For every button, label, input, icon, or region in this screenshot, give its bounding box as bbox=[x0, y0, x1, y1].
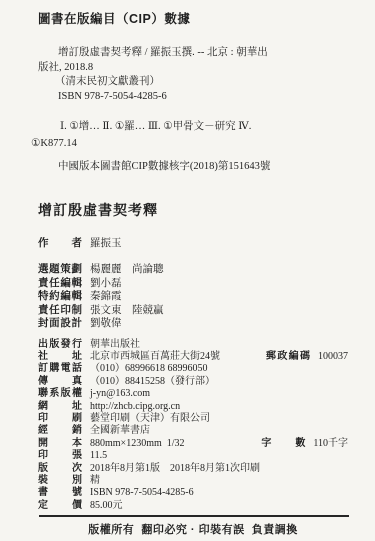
contributing-editor-label: 特約編輯 bbox=[38, 290, 82, 304]
row-address: 社址 北京市西城區百萬莊大街24號 郵政編碼 100037 bbox=[38, 351, 348, 363]
cip-isbn-line: ISBN 978-7-5054-4285-6 bbox=[38, 90, 348, 105]
postal-code-label: 郵政編碼 bbox=[266, 351, 310, 363]
cip-description-line2: 版社, 2018.8 bbox=[38, 61, 348, 76]
order-phone-value: （010）68996618 68996050 bbox=[82, 363, 208, 375]
row-print-supervisor: 責任印制 張文東 陸競贏 bbox=[38, 304, 348, 318]
author-name: 羅振玉 bbox=[82, 237, 122, 251]
order-phone-label: 訂購電話 bbox=[38, 363, 82, 375]
sheets-value: 11.5 bbox=[82, 450, 107, 462]
edition-label: 版次 bbox=[38, 463, 82, 475]
printer-value: 藝堂印刷（天津）有限公司 bbox=[82, 413, 210, 425]
cip-classification: Ⅰ. ①增… Ⅱ. ①羅… Ⅲ. ①甲骨文－研究 Ⅳ. ①K877.14 bbox=[38, 118, 348, 152]
row-website: 網址 http://zhcb.cipg.org.cn bbox=[38, 401, 348, 413]
cip-classification-line1: Ⅰ. ①增… Ⅱ. ①羅… Ⅲ. ①甲骨文－研究 Ⅳ. bbox=[38, 118, 348, 135]
credits-section: 選題策劃 楊麗麗 尚論聰 責任編輯 劉小磊 特約編輯 秦錦霞 責任印制 張文東 … bbox=[38, 263, 348, 331]
printer-label: 印刷 bbox=[38, 413, 82, 425]
print-supervisor-label: 責任印制 bbox=[38, 304, 82, 318]
row-publisher: 出版發行 朝華出版社 bbox=[38, 339, 348, 351]
address-label: 社址 bbox=[38, 351, 82, 363]
edition-value: 2018年8月第1版 2018年8月第1次印刷 bbox=[82, 463, 260, 475]
binding-label: 裝別 bbox=[38, 475, 82, 487]
book-number-label: 書號 bbox=[38, 487, 82, 499]
publishing-section: 出版發行 朝華出版社 社址 北京市西城區百萬莊大街24號 郵政編碼 100037… bbox=[38, 339, 348, 513]
divider-line bbox=[39, 515, 349, 517]
cip-classification-line2: ①K877.14 bbox=[31, 135, 348, 152]
row-rights-contact: 聯系版權 j-yn@163.com bbox=[38, 388, 348, 400]
distributor-value: 全國新華書店 bbox=[82, 425, 150, 437]
fax-label: 傳真 bbox=[38, 376, 82, 388]
sheets-label: 印張 bbox=[38, 450, 82, 462]
row-price: 定價 85.00元 bbox=[38, 500, 348, 512]
row-edition: 版次 2018年8月第1版 2018年8月第1次印刷 bbox=[38, 463, 348, 475]
contributing-editor-value: 秦錦霞 bbox=[82, 290, 122, 304]
print-supervisor-value: 張文東 陸競贏 bbox=[82, 304, 164, 318]
cip-series-note: （清末民初文獻叢刊） bbox=[38, 75, 348, 90]
format-label: 開本 bbox=[38, 438, 82, 450]
format-value: 880mm×1230mm 1/32 bbox=[82, 438, 185, 450]
copyright-notice: 版權所有 翻印必究 · 印裝有誤 負責調換 bbox=[38, 523, 348, 537]
row-fax: 傳真 （010）88415258（發行部） bbox=[38, 376, 348, 388]
postal-code-value: 100037 bbox=[310, 351, 348, 363]
publisher-value: 朝華出版社 bbox=[82, 339, 140, 351]
word-count-value: 110千字 bbox=[305, 438, 348, 450]
row-format: 開本 880mm×1230mm 1/32 字數 110千字 bbox=[38, 438, 348, 450]
colophon-page: 圖書在版編目（CIP）數據 增訂殷虛書契考釋 / 羅振玉撰. -- 北京 : 朝… bbox=[0, 0, 375, 541]
responsible-editor-label: 責任編輯 bbox=[38, 277, 82, 291]
book-number-value: ISBN 978-7-5054-4285-6 bbox=[82, 487, 194, 499]
price-value: 85.00元 bbox=[82, 500, 123, 512]
responsible-editor-value: 劉小磊 bbox=[82, 277, 122, 291]
cover-design-label: 封面設計 bbox=[38, 317, 82, 331]
row-cover-design: 封面設計 劉敬偉 bbox=[38, 317, 348, 331]
binding-value: 精 bbox=[82, 475, 100, 487]
row-contributing-editor: 特約編輯 秦錦霞 bbox=[38, 290, 348, 304]
row-binding: 裝別 精 bbox=[38, 475, 348, 487]
row-book-number: 書號 ISBN 978-7-5054-4285-6 bbox=[38, 487, 348, 499]
row-distributor: 經銷 全國新華書店 bbox=[38, 425, 348, 437]
website-label: 網址 bbox=[38, 401, 82, 413]
cip-description-line1: 增訂殷虛書契考釋 / 羅振玉撰. -- 北京 : 朝華出 bbox=[38, 46, 348, 61]
cip-record-number: 中國版本圖書館CIP數據核字(2018)第151643號 bbox=[38, 160, 348, 174]
word-count-label: 字數 bbox=[261, 438, 305, 450]
author-label: 作者 bbox=[38, 236, 82, 250]
topic-planning-value: 楊麗麗 尚論聰 bbox=[82, 263, 164, 277]
book-title: 增訂殷虛書契考釋 bbox=[38, 200, 348, 220]
cip-header: 圖書在版編目（CIP）數據 bbox=[38, 10, 348, 28]
row-order-phone: 訂購電話 （010）68996618 68996050 bbox=[38, 363, 348, 375]
row-responsible-editor: 責任編輯 劉小磊 bbox=[38, 277, 348, 291]
author-row: 作者 羅振玉 bbox=[38, 236, 348, 251]
row-topic-planning: 選題策劃 楊麗麗 尚論聰 bbox=[38, 263, 348, 277]
fax-value: （010）88415258（發行部） bbox=[82, 376, 215, 388]
row-sheets: 印張 11.5 bbox=[38, 450, 348, 462]
price-label: 定價 bbox=[38, 500, 82, 512]
rights-contact-label: 聯系版權 bbox=[38, 388, 82, 400]
distributor-label: 經銷 bbox=[38, 425, 82, 437]
website-url: http://zhcb.cipg.org.cn bbox=[82, 401, 180, 413]
cover-design-value: 劉敬偉 bbox=[82, 317, 122, 331]
topic-planning-label: 選題策劃 bbox=[38, 263, 82, 277]
row-printer: 印刷 藝堂印刷（天津）有限公司 bbox=[38, 413, 348, 425]
publisher-label: 出版發行 bbox=[38, 339, 82, 351]
address-value: 北京市西城區百萬莊大街24號 bbox=[82, 351, 220, 363]
rights-contact-email: j-yn@163.com bbox=[82, 388, 150, 400]
cip-description: 增訂殷虛書契考釋 / 羅振玉撰. -- 北京 : 朝華出 版社, 2018.8 … bbox=[38, 46, 348, 104]
